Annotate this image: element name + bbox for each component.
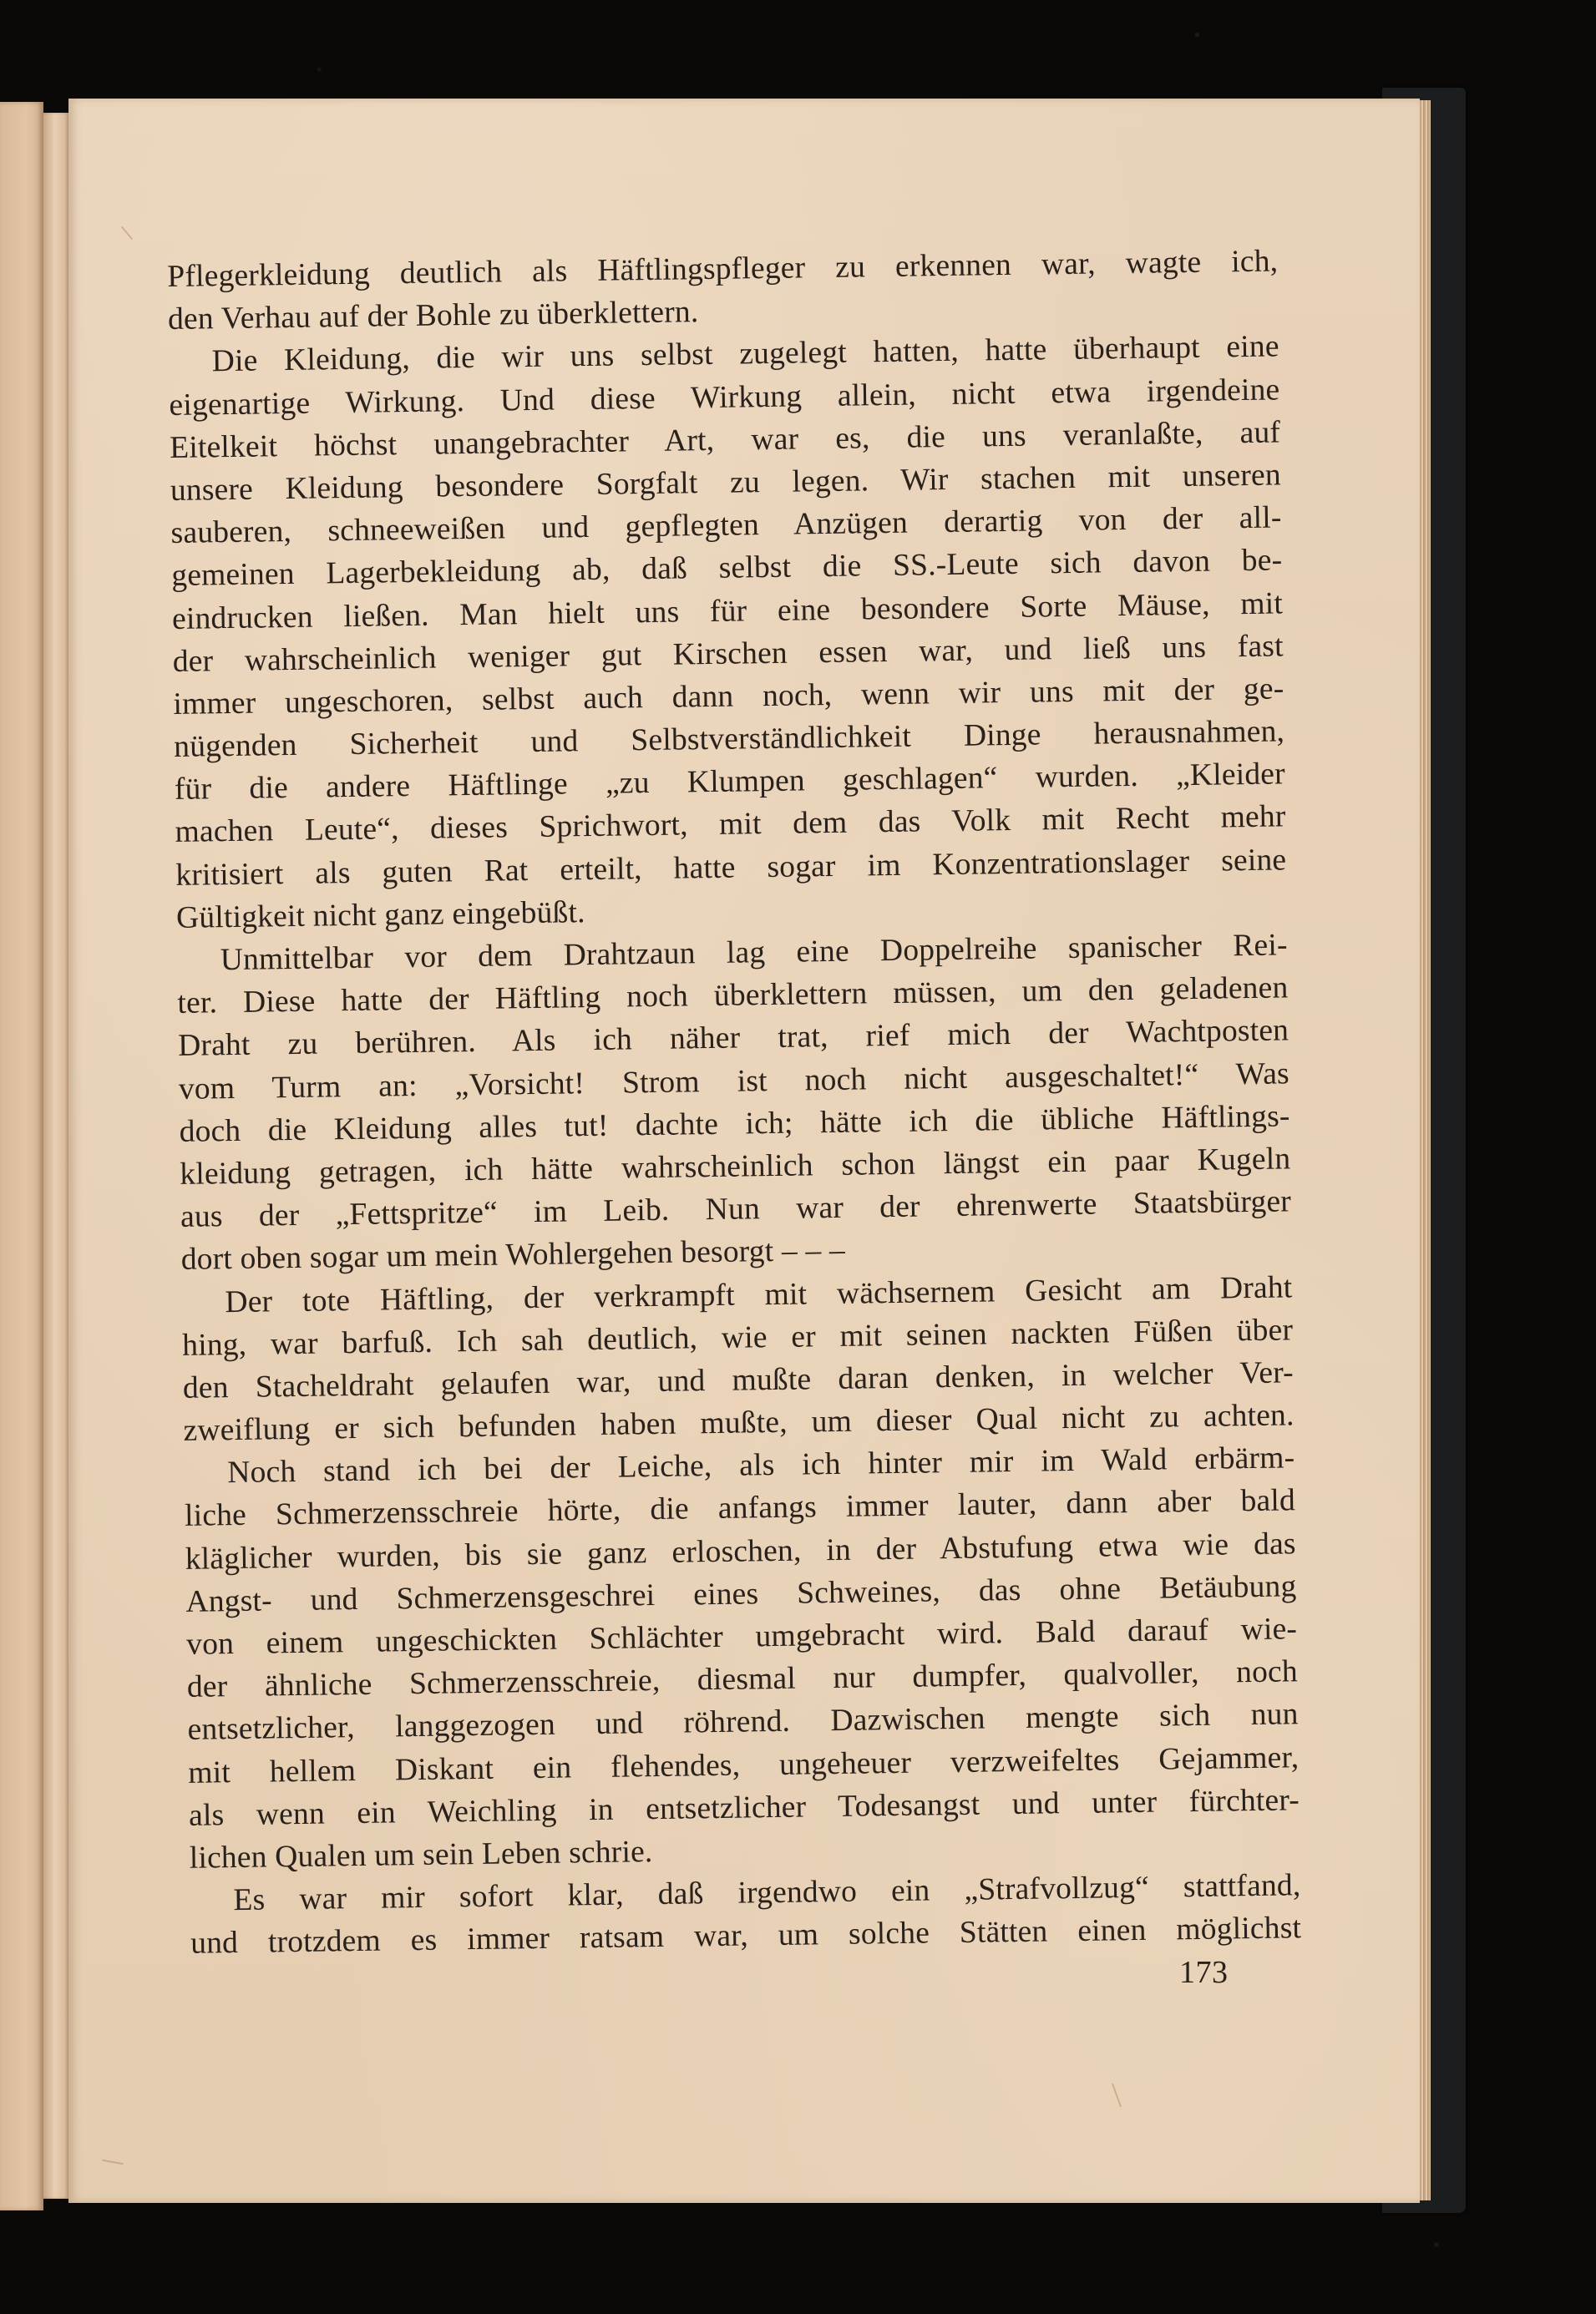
page-number: 173: [1179, 1954, 1229, 1991]
paragraph: Pflegerkleidung deutlich als Häftlingspf…: [167, 240, 1279, 341]
paper-fiber: [102, 2160, 124, 2165]
facing-page-edge: [0, 102, 43, 2210]
book-gutter: [43, 113, 68, 2199]
paragraph: Der tote Häftling, der verkrampft mit wä…: [181, 1266, 1295, 1452]
paragraph: Es war mir sofort klar, daß irgendwo ein…: [190, 1864, 1301, 1965]
paragraph: Noch stand ich bei der Leiche, als ich h…: [184, 1437, 1300, 1880]
paragraph: Die Kleidung, die wir uns selbst zugeleg…: [168, 326, 1287, 939]
book-page: Pflegerkleidung deutlich als Häftlingspf…: [68, 99, 1420, 2203]
paper-fiber: [1112, 2084, 1122, 2108]
paper-fiber: [121, 226, 133, 241]
paragraph: Unmittelbar vor dem Drahtzaun lag eine D…: [176, 924, 1292, 1281]
body-text: Pflegerkleidung deutlich als Häftlingspf…: [167, 240, 1301, 1965]
